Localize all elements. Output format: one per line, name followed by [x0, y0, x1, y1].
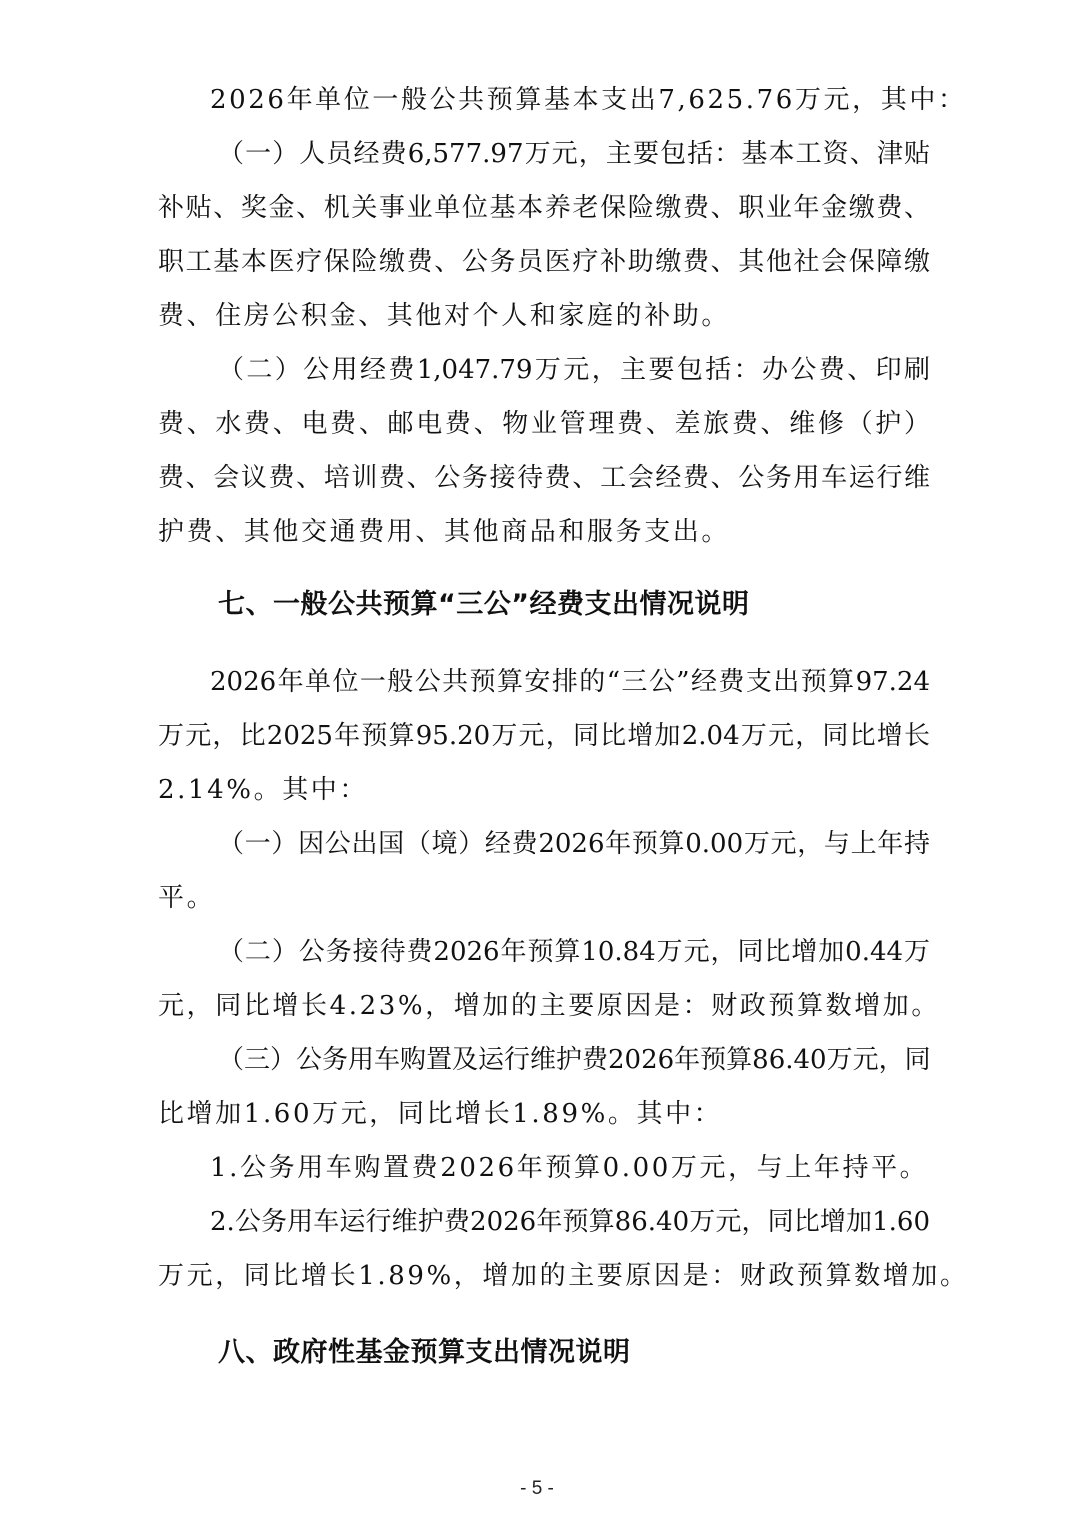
paragraph-line: 2.公务用车运行维护费2026年预算86.40万元，同比增加1.60 [210, 1206, 930, 1238]
section-heading-8: 八、政府性基金预算支出情况说明 [218, 1336, 631, 1370]
paragraph-line: （三）公务用车购置及运行维护费2026年预算86.40万元，同 [218, 1044, 930, 1076]
paragraph-line: 万元，比2025年预算95.20万元，同比增加2.04万元，同比增长 [158, 720, 930, 752]
paragraph-line: 2.14%。其中： [158, 774, 368, 806]
paragraph-line: 护费、其他交通费用、其他商品和服务支出。 [158, 516, 730, 548]
paragraph-line: 职工基本医疗保险缴费、公务员医疗补助缴费、其他社会保障缴 [158, 246, 930, 278]
paragraph-line: 1.公务用车购置费2026年预算0.00万元，与上年持平。 [210, 1152, 928, 1184]
paragraph-line: 元，同比增长4.23%，增加的主要原因是：财政预算数增加。 [158, 990, 940, 1022]
paragraph-line: 2026年单位一般公共预算安排的“三公”经费支出预算97.24 [210, 666, 930, 698]
paragraph-line: 万元，同比增长1.89%，增加的主要原因是：财政预算数增加。 [158, 1260, 969, 1292]
paragraph-line: （一）人员经费6,577.97万元，主要包括：基本工资、津贴 [218, 138, 930, 170]
page-number: - 5 - [0, 1478, 1074, 1500]
paragraph-line: 2026年单位一般公共预算基本支出7,625.76万元，其中： [210, 84, 967, 116]
paragraph-line: （二）公务接待费2026年预算10.84万元，同比增加0.44万 [218, 936, 930, 968]
paragraph-line: 费、住房公积金、其他对个人和家庭的补助。 [158, 300, 730, 332]
section-heading-7: 七、一般公共预算“三公”经费支出情况说明 [218, 588, 750, 622]
paragraph-line: 平。 [158, 882, 215, 914]
paragraph-line: 费、会议费、培训费、公务接待费、工会经费、公务用车运行维 [158, 462, 930, 494]
paragraph-line: 比增加1.60万元，同比增长1.89%。其中： [158, 1098, 722, 1130]
paragraph-line: （二）公用经费1,047.79万元，主要包括：办公费、印刷 [218, 354, 930, 386]
paragraph-line: 费、水费、电费、邮电费、物业管理费、差旅费、维修（护） [158, 408, 930, 440]
paragraph-line: （一）因公出国（境）经费2026年预算0.00万元，与上年持 [218, 828, 930, 860]
paragraph-line: 补贴、奖金、机关事业单位基本养老保险缴费、职业年金缴费、 [158, 192, 930, 224]
